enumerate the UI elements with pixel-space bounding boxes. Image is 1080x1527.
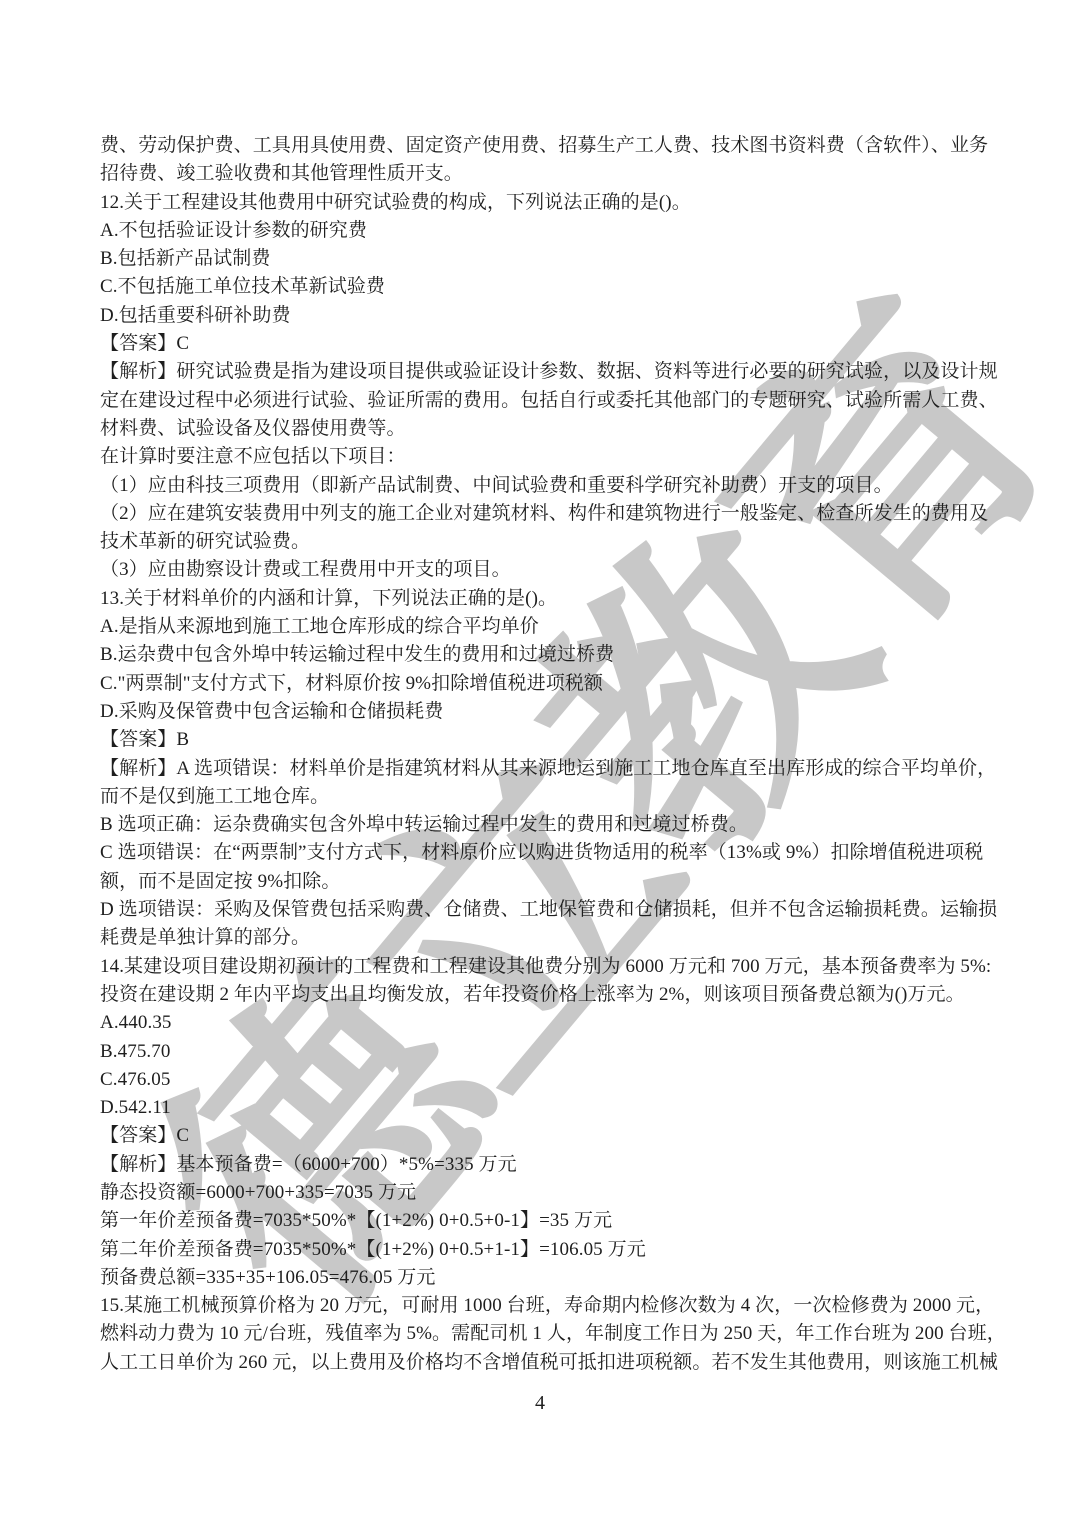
text-line: 15.某施工机械预算价格为 20 万元，可耐用 1000 台班，寿命期内检修次数… [100, 1292, 990, 1320]
text-line: 【答案】C [100, 330, 990, 358]
document-body: 费、劳动保护费、工具用具使用费、固定资产使用费、招募生产工人费、技术图书资料费（… [100, 132, 990, 1377]
text-line: D 选项错误：采购及保管费包括采购费、仓储费、工地保管费和仓储损耗，但并不包含运… [100, 896, 990, 924]
text-line: 【答案】C [100, 1122, 990, 1150]
text-line: 费、劳动保护费、工具用具使用费、固定资产使用费、招募生产工人费、技术图书资料费（… [100, 132, 990, 160]
text-line: 材料费、试验设备及仪器使用费等。 [100, 415, 990, 443]
text-line: 【解析】基本预备费=（6000+700）*5%=335 万元 [100, 1151, 990, 1179]
text-line: 招待费、竣工验收费和其他管理性质开支。 [100, 160, 990, 188]
text-line: C.476.05 [100, 1066, 990, 1094]
text-line: 投资在建设期 2 年内平均支出且均衡发放，若年投资价格上涨率为 2%，则该项目预… [100, 981, 990, 1009]
text-line: （1）应由科技三项费用（即新产品试制费、中间试验费和重要科学研究补助费）开支的项… [100, 472, 990, 500]
text-line: 13.关于材料单价的内涵和计算，下列说法正确的是()。 [100, 585, 990, 613]
text-line: B.包括新产品试制费 [100, 245, 990, 273]
text-line: D.包括重要科研补助费 [100, 302, 990, 330]
text-line: C."两票制"支付方式下，材料原价按 9%扣除增值税进项税额 [100, 670, 990, 698]
text-line: A.440.35 [100, 1009, 990, 1037]
text-line: D.采购及保管费中包含运输和仓储损耗费 [100, 698, 990, 726]
text-line: D.542.11 [100, 1094, 990, 1122]
text-line: 第一年价差预备费=7035*50%*【(1+2%) 0+0.5+0-1】=35 … [100, 1207, 990, 1235]
text-line: B.运杂费中包含外埠中转运输过程中发生的费用和过境过桥费 [100, 641, 990, 669]
document-page: 德立教育 费、劳动保护费、工具用具使用费、固定资产使用费、招募生产工人费、技术图… [0, 0, 1080, 1527]
text-line: （2）应在建筑安装费用中列支的施工企业对建筑材料、构件和建筑物进行一般鉴定、检查… [100, 500, 990, 528]
text-line: A.是指从来源地到施工工地仓库形成的综合平均单价 [100, 613, 990, 641]
text-line: C.不包括施工单位技术革新试验费 [100, 273, 990, 301]
text-line: 技术革新的研究试验费。 [100, 528, 990, 556]
text-line: 耗费是单独计算的部分。 [100, 924, 990, 952]
text-line: 在计算时要注意不应包括以下项目： [100, 443, 990, 471]
text-line: 【答案】B [100, 726, 990, 754]
text-line: 第二年价差预备费=7035*50%*【(1+2%) 0+0.5+1-1】=106… [100, 1236, 990, 1264]
text-line: 静态投资额=6000+700+335=7035 万元 [100, 1179, 990, 1207]
text-line: 燃料动力费为 10 元/台班，残值率为 5%。需配司机 1 人，年制度工作日为 … [100, 1320, 990, 1348]
text-line: C 选项错误：在“两票制”支付方式下，材料原价应以购进货物适用的税率（13%或 … [100, 839, 990, 867]
text-line: A.不包括验证设计参数的研究费 [100, 217, 990, 245]
text-line: 人工工日单价为 260 元，以上费用及价格均不含增值税可抵扣进项税额。若不发生其… [100, 1349, 990, 1377]
text-line: 而不是仅到施工工地仓库。 [100, 783, 990, 811]
text-line: 14.某建设项目建设期初预计的工程费和工程建设其他费分别为 6000 万元和 7… [100, 953, 990, 981]
page-number: 4 [0, 1392, 1080, 1415]
text-line: 定在建设过程中必须进行试验、验证所需的费用。包括自行或委托其他部门的专题研究、试… [100, 387, 990, 415]
text-line: （3）应由勘察设计费或工程费用中开支的项目。 [100, 556, 990, 584]
text-line: 【解析】研究试验费是指为建设项目提供或验证设计参数、数据、资料等进行必要的研究试… [100, 358, 990, 386]
text-line: 【解析】A 选项错误：材料单价是指建筑材料从其来源地运到施工工地仓库直至出库形成… [100, 755, 990, 783]
text-line: B.475.70 [100, 1038, 990, 1066]
text-line: 额，而不是固定按 9%扣除。 [100, 868, 990, 896]
text-line: B 选项正确：运杂费确实包含外埠中转运输过程中发生的费用和过境过桥费。 [100, 811, 990, 839]
text-line: 12.关于工程建设其他费用中研究试验费的构成，下列说法正确的是()。 [100, 189, 990, 217]
text-line: 预备费总额=335+35+106.05=476.05 万元 [100, 1264, 990, 1292]
